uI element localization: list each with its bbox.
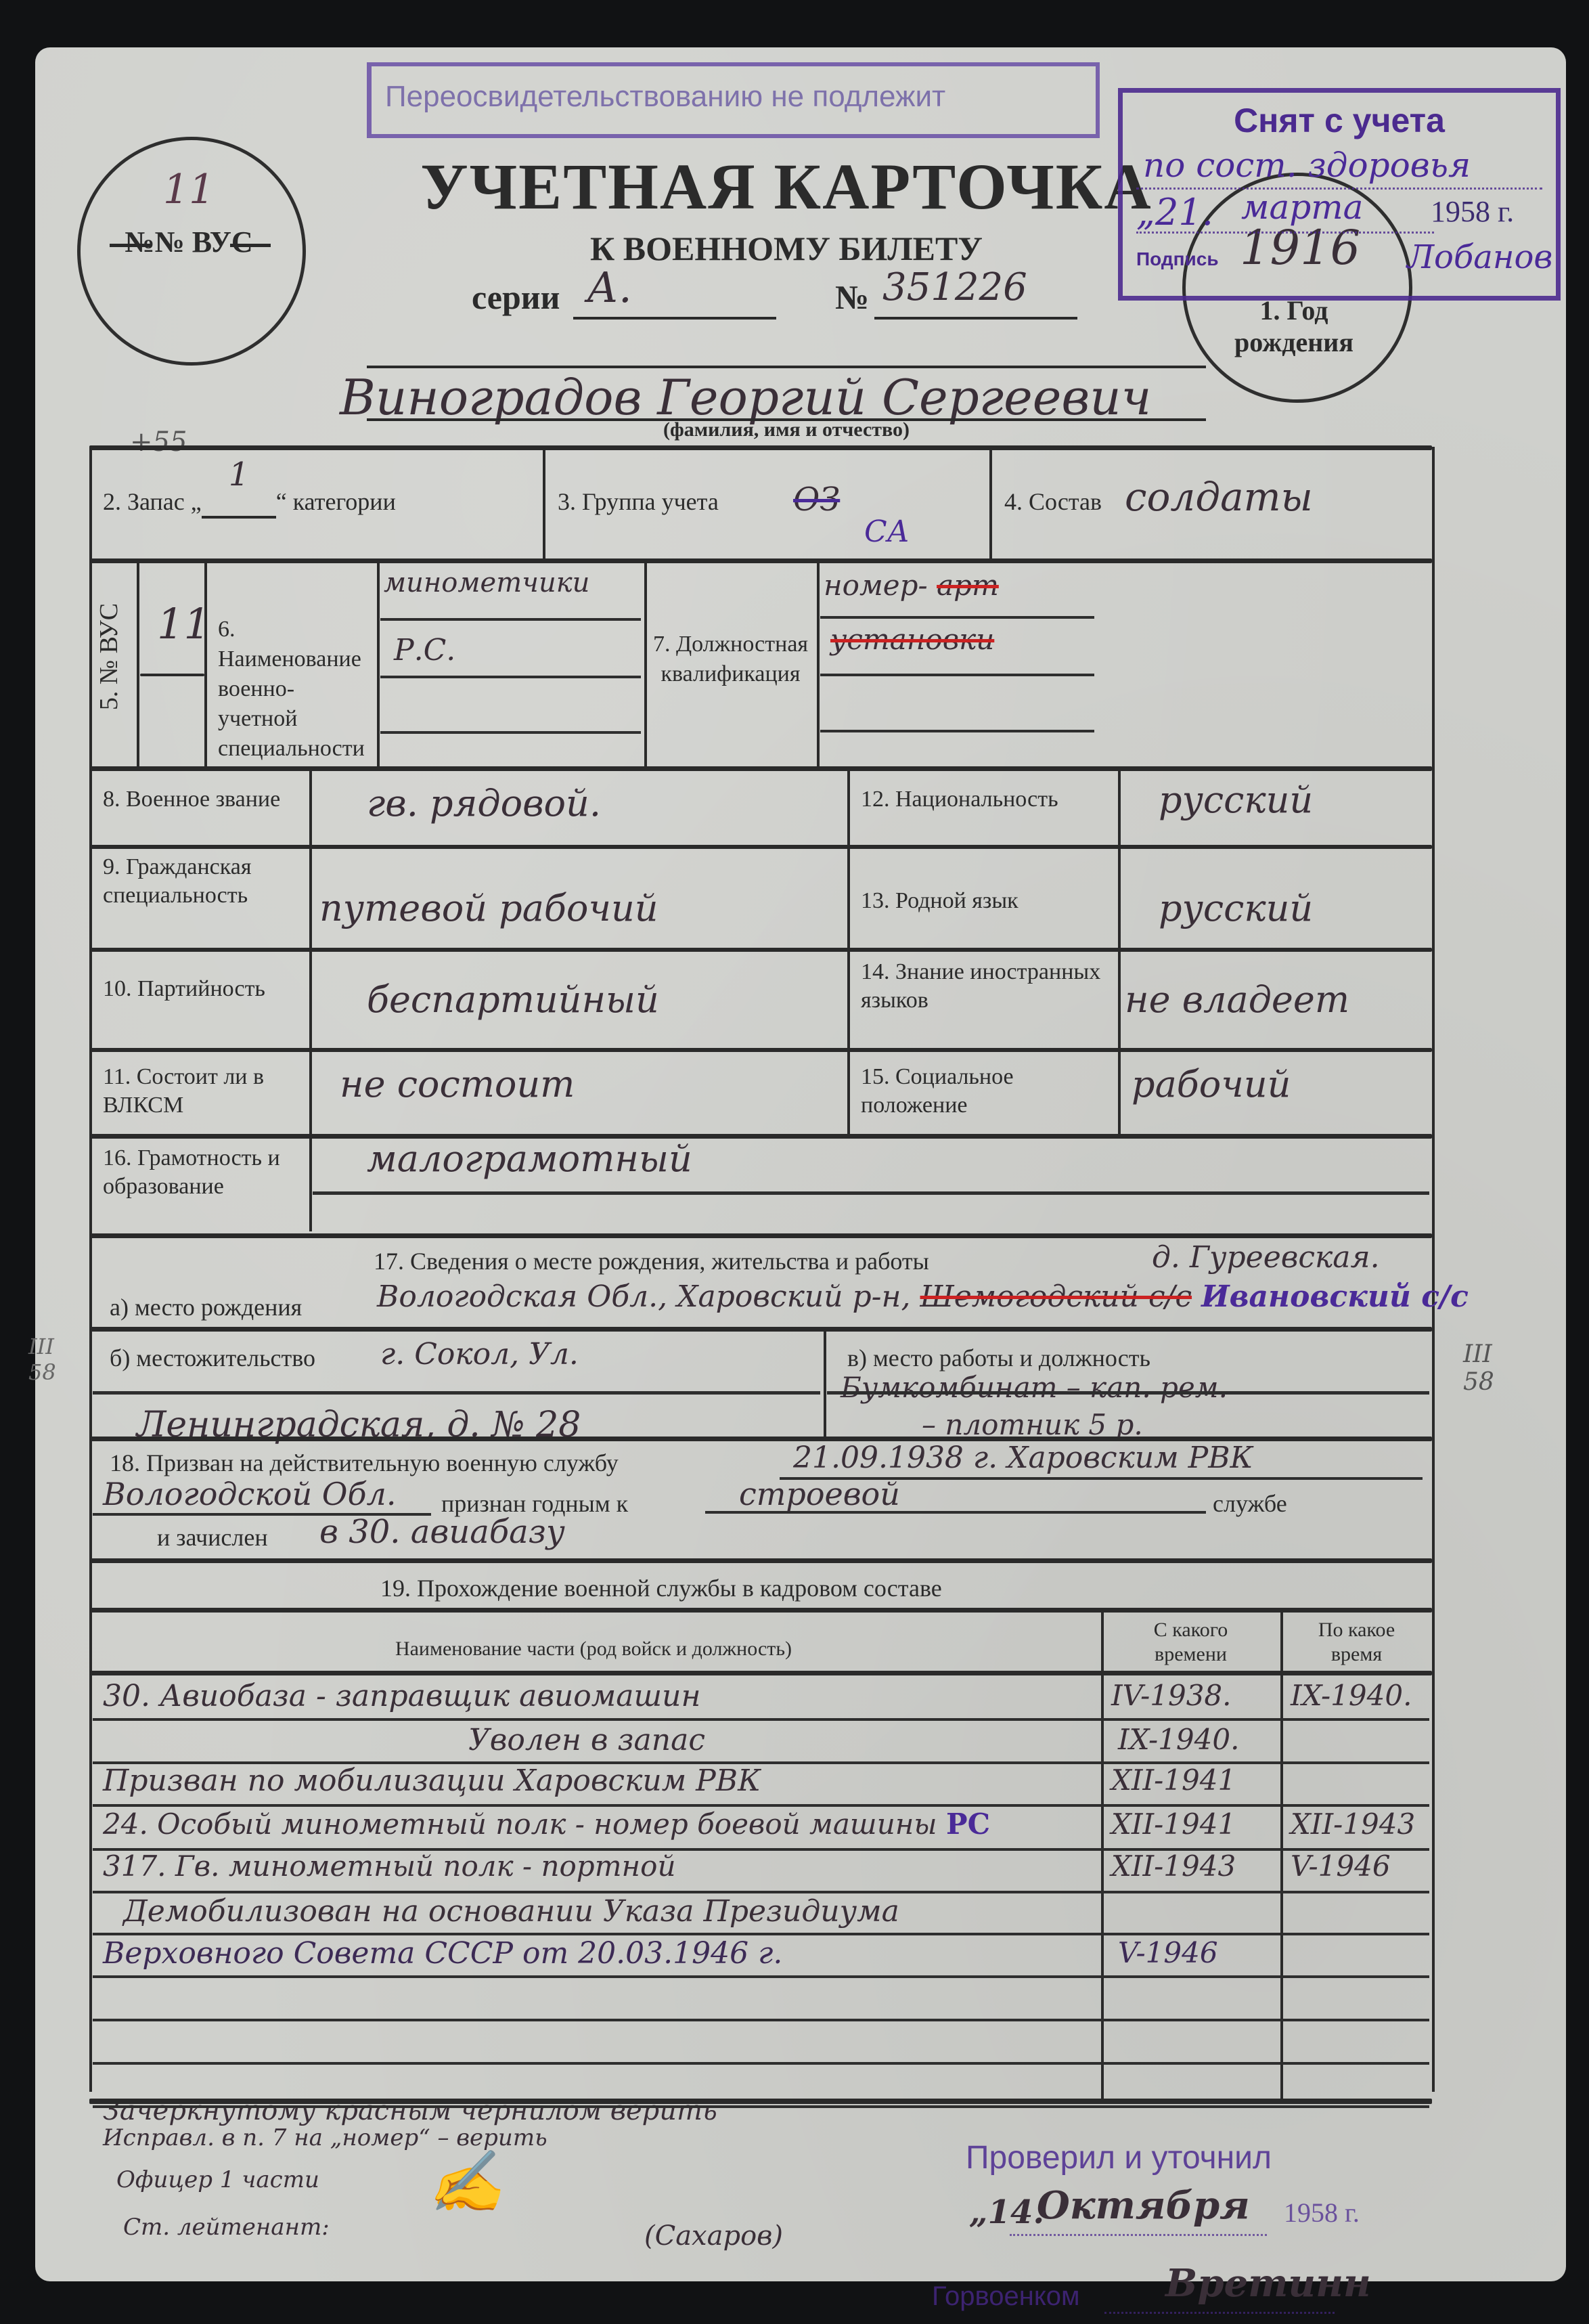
f15-label: 15. Социальное положение bbox=[861, 1063, 1111, 1120]
deregistered-date-month: марта bbox=[1241, 188, 1364, 227]
service-row-3-unit-text: 24. Особый минометный полк - номер боево… bbox=[103, 1807, 937, 1841]
divider-5b bbox=[204, 563, 207, 766]
birthplace-value-text: Вологодская Обл., Харовский р-н, bbox=[377, 1279, 911, 1314]
footer-officer-name: (Сахаров) bbox=[644, 2220, 783, 2252]
f2-label: 2. Запас „1 “ категории bbox=[103, 487, 396, 519]
service-row-1-unit: Уволен в запас bbox=[468, 1723, 705, 1757]
divider-17 bbox=[824, 1332, 826, 1437]
service-row-3-unit: 24. Особый минометный полк - номер боево… bbox=[103, 1807, 990, 1841]
deregistered-signature: Лобанов bbox=[1407, 238, 1552, 276]
service-row-2-unit: Призван по мобилизации Харовским РВК bbox=[103, 1763, 761, 1798]
f6-value-2: Р.С. bbox=[394, 633, 455, 667]
f2-label-b: “ категории bbox=[276, 488, 396, 515]
f16-label: 16. Грамотность и образование bbox=[103, 1144, 306, 1201]
row-border-1 bbox=[89, 558, 1432, 563]
row-border-9 bbox=[89, 948, 1432, 952]
work-label: в) место работы и должность bbox=[847, 1344, 1150, 1372]
deregistered-signature-label: Подпись bbox=[1136, 248, 1219, 270]
page-title: УЧЕТНАЯ КАРТОЧКА bbox=[414, 149, 1159, 224]
f16-line bbox=[313, 1191, 1429, 1195]
row-border-16 bbox=[89, 1233, 1432, 1238]
f3-label: 3. Группа учета bbox=[558, 487, 719, 516]
f10-label: 10. Партийность bbox=[103, 975, 306, 1003]
table-top-border bbox=[89, 445, 1432, 450]
f6-line-3 bbox=[380, 731, 641, 734]
vus-circle-value: 11 bbox=[77, 166, 300, 213]
divider-5a bbox=[137, 563, 139, 766]
f6-label: 6. Наименование военно-учетной специальн… bbox=[218, 615, 374, 764]
row-border-10 bbox=[89, 1048, 1432, 1052]
stamp-no-reexamination: Переосвидетельствованию не подлежит bbox=[367, 62, 1100, 138]
f7-value-1-struck: арт bbox=[937, 569, 999, 602]
f16-value: малограмотный bbox=[367, 1137, 692, 1180]
f8-value: гв. рядовой. bbox=[367, 782, 601, 825]
f6-line-2 bbox=[380, 676, 641, 678]
number-value: 351226 bbox=[882, 265, 1027, 309]
birthplace-correction: Ивановский с/с bbox=[1201, 1279, 1469, 1314]
f5-label: 5. № ВУС bbox=[95, 555, 123, 758]
divider-6-7 bbox=[644, 563, 647, 766]
margin-note-right: III 58 bbox=[1463, 1340, 1504, 1396]
number-underline bbox=[874, 317, 1077, 320]
s18-value-d: в 30. авиабазу bbox=[319, 1513, 565, 1551]
f5-value-line bbox=[140, 674, 204, 676]
f11-label: 11. Состоит ли в ВЛКСМ bbox=[103, 1063, 306, 1120]
service-row-0-to: IX-1940. bbox=[1291, 1679, 1412, 1712]
f6-line-1 bbox=[380, 618, 641, 621]
birthplace-struck: Шемогодский с/с bbox=[920, 1279, 1192, 1314]
f4-value: солдаты bbox=[1125, 474, 1313, 520]
deregistered-date-day: „21. bbox=[1136, 191, 1213, 234]
vus-circle-label: №№ ВУС bbox=[77, 225, 300, 259]
s18-label-c: службе bbox=[1213, 1489, 1287, 1518]
divider-6 bbox=[377, 563, 380, 766]
full-name-caption: (фамилия, имя и отчество) bbox=[367, 418, 1206, 441]
section17-title: 17. Сведения о месте рождения, жительств… bbox=[374, 1247, 929, 1275]
f14-value: не владеет bbox=[1125, 978, 1349, 1021]
series-underline bbox=[573, 317, 776, 320]
margin-note-left: III 58 bbox=[28, 1334, 69, 1385]
f6-value-1: минометчики bbox=[384, 567, 589, 598]
divider-right-labels bbox=[1118, 771, 1121, 1137]
section17-title-appendix: д. Гуреевская. bbox=[1152, 1240, 1380, 1275]
divider-col-2 bbox=[1280, 1613, 1283, 2100]
officer-signature: ✍ bbox=[428, 2146, 503, 2218]
service-row-0-from: IV-1938. bbox=[1111, 1679, 1232, 1712]
service-line-6 bbox=[93, 1975, 1429, 1978]
f15-value: рабочий bbox=[1132, 1063, 1291, 1105]
service-row-4-to: V-1946 bbox=[1291, 1849, 1391, 1883]
series-value: А. bbox=[587, 263, 632, 312]
s18-value-c: строевой bbox=[739, 1476, 900, 1512]
f3-value: СА bbox=[864, 514, 910, 549]
verified-date-month: Октября bbox=[1037, 2183, 1250, 2228]
service-row-3-from: XII-1941 bbox=[1111, 1807, 1236, 1841]
verified-date-year: 1958 г. bbox=[1284, 2197, 1360, 2229]
f4-label: 4. Состав bbox=[1004, 487, 1102, 516]
divider-mid bbox=[847, 771, 850, 1137]
table-bottom-border bbox=[89, 2099, 1432, 2104]
f12-value: русский bbox=[1159, 779, 1313, 821]
f10-value: беспартийный bbox=[367, 978, 659, 1021]
s18-value-a: 21.09.1938 г. Харовским РВК bbox=[793, 1441, 1253, 1475]
f9-value: путевой рабочий bbox=[319, 887, 658, 929]
page-subtitle: К ВОЕННОМУ БИЛЕТУ bbox=[414, 229, 1159, 268]
f11-value: не состоит bbox=[340, 1063, 575, 1105]
divider-col-1 bbox=[1101, 1613, 1104, 2100]
service-line-0 bbox=[93, 1718, 1429, 1721]
service-line-7 bbox=[93, 2019, 1429, 2021]
stamp-no-reexamination-text: Переосвидетельствованию не подлежит bbox=[385, 80, 945, 114]
verified-date-day: „14. bbox=[969, 2193, 1044, 2231]
col-header-from: С какого времени bbox=[1104, 1618, 1277, 1667]
vus-dash-right bbox=[230, 244, 271, 247]
deregistered-stamp: Снят с учета по сост. здоровья „21. март… bbox=[1118, 88, 1561, 301]
vus-circle-label-text: №№ ВУС bbox=[125, 225, 252, 259]
f7-value-2-struck: установки bbox=[830, 623, 994, 656]
row-border-17a bbox=[89, 1327, 1432, 1332]
residence-value-1: г. Сокол, Ул. bbox=[380, 1337, 579, 1372]
service-row-3-to: XII-1943 bbox=[1291, 1807, 1415, 1841]
f13-label: 13. Родной язык bbox=[861, 887, 1111, 915]
s18-label-a: 18. Призван на действительную военную сл… bbox=[110, 1449, 619, 1477]
f12-label: 12. Национальность bbox=[861, 785, 1111, 814]
service-line-2 bbox=[93, 1804, 1429, 1807]
divider-3-4 bbox=[989, 450, 992, 558]
birth-year-label-2: рождения bbox=[1182, 326, 1406, 358]
service-line-4 bbox=[93, 1891, 1429, 1893]
row-border-18 bbox=[89, 1558, 1432, 1563]
f7-value-1: номер- арт bbox=[824, 569, 999, 602]
service-row-4-from: XII-1943 bbox=[1111, 1849, 1236, 1883]
service-row-0-unit: 30. Авиобаза - заправщик авиомашин bbox=[103, 1679, 700, 1713]
f9-label: 9. Гражданская специальность bbox=[103, 853, 306, 910]
verified-date-line bbox=[1010, 2234, 1267, 2238]
row-border-19-title bbox=[89, 1608, 1432, 1613]
col-header-unit: Наименование части (род войск и должност… bbox=[93, 1635, 1094, 1663]
f7-value-1-text: номер- bbox=[824, 569, 928, 602]
s18-label-d: и зачислен bbox=[157, 1523, 268, 1552]
divider-left-labels bbox=[309, 771, 312, 1231]
f5-value: 11 bbox=[157, 599, 210, 649]
row-border-19-header bbox=[89, 1671, 1432, 1675]
full-name: Виноградов Георгий Сергеевич bbox=[340, 369, 1151, 426]
service-row-2-from: XII-1941 bbox=[1111, 1763, 1236, 1797]
row-border-8 bbox=[89, 845, 1432, 849]
service-row-3-unit-note: РС bbox=[946, 1807, 990, 1841]
f7-line-1 bbox=[820, 616, 1094, 619]
stamp-line-2 bbox=[1136, 232, 1434, 236]
gorvoenkom-line bbox=[1104, 2312, 1335, 2316]
col-header-to: По какое время bbox=[1284, 1618, 1429, 1667]
service-line-9 bbox=[93, 2105, 1429, 2108]
deregistered-date-year: 1958 г. bbox=[1431, 194, 1514, 229]
vus-dash-left bbox=[110, 244, 150, 247]
registration-card: Переосвидетельствованию не подлежит УЧЕТ… bbox=[35, 47, 1566, 2281]
f8-label: 8. Военное звание bbox=[103, 785, 306, 814]
section19-title: 19. Прохождение военной службы в кадрово… bbox=[380, 1574, 942, 1602]
gorvoenkom-label: Горвоенком bbox=[932, 2281, 1080, 2312]
row-border-2 bbox=[89, 766, 1432, 771]
service-row-5-unit: Демобилизован на основании Указа Президи… bbox=[123, 1894, 899, 1929]
gorvoenkom-signature: Вретинн bbox=[1165, 2261, 1371, 2306]
work-line bbox=[827, 1391, 1429, 1395]
f14-label: 14. Знание иностранных языков bbox=[861, 958, 1111, 1015]
service-row-6-from: V-1946 bbox=[1118, 1936, 1218, 1969]
divider-7 bbox=[817, 563, 820, 766]
birthplace-label: а) место рождения bbox=[110, 1293, 302, 1321]
name-line-top bbox=[367, 366, 1206, 368]
deregistered-reason: по сост. здоровья bbox=[1143, 146, 1471, 185]
s18-value-b: Вологодской Обл. bbox=[103, 1476, 396, 1512]
deregistered-title: Снят с учета bbox=[1123, 101, 1556, 140]
f13-value: русский bbox=[1159, 887, 1313, 929]
birthplace-value: Вологодская Обл., Харовский р-н, Шемогод… bbox=[377, 1279, 1469, 1314]
f7-line-3 bbox=[820, 730, 1094, 732]
number-label: № bbox=[835, 278, 869, 317]
service-row-6-unit: Верховного Совета СССР от 20.03.1946 г. bbox=[103, 1936, 782, 1971]
divider-2-3 bbox=[543, 450, 545, 558]
residence-line bbox=[93, 1391, 820, 1395]
row-border-11 bbox=[89, 1134, 1432, 1139]
residence-label: б) местожительство bbox=[110, 1344, 315, 1372]
service-row-4-unit: 317. Гв. минометный полк - портной bbox=[103, 1849, 676, 1883]
footer-officer-1: Офицер 1 части bbox=[116, 2166, 319, 2193]
f7-label: 7. Должностная квалификация bbox=[648, 630, 813, 689]
series-label: серии bbox=[472, 278, 560, 317]
f3-value-struck: ОЗ bbox=[793, 481, 840, 519]
f2-value: 1 bbox=[229, 460, 250, 489]
f2-label-a: 2. Запас „ bbox=[103, 488, 202, 515]
footer-officer-2: Ст. лейтенант: bbox=[123, 2214, 330, 2241]
service-line-8 bbox=[93, 2062, 1429, 2065]
service-line-5 bbox=[93, 1933, 1429, 1935]
verified-stamp: Проверил и уточнил bbox=[966, 2139, 1272, 2176]
work-value-1: Бумкомбинат – кап. рем. bbox=[841, 1371, 1228, 1404]
service-row-1-from: IX-1940. bbox=[1118, 1723, 1239, 1756]
f6-label-text: 6. Наименование военно-учетной специальн… bbox=[218, 617, 365, 761]
f7-line-2 bbox=[820, 674, 1094, 676]
